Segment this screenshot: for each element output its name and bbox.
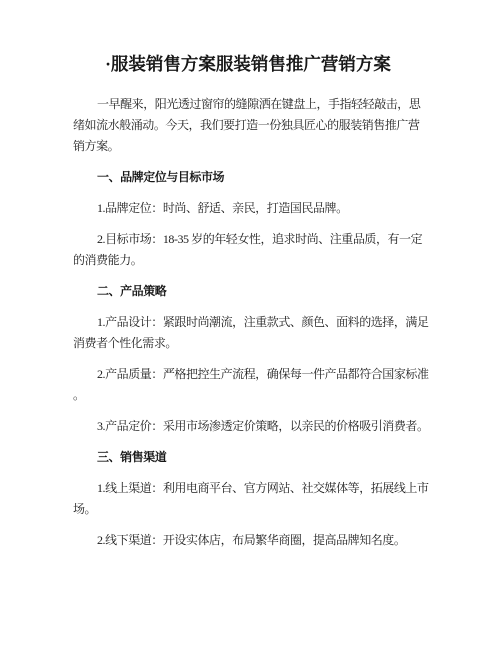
paragraph-offline-channel: 2.线下渠道：开设实体店，布局繁华商圈，提高品牌知名度。 (73, 530, 423, 551)
paragraph-product-quality: 2.产品质量：严格把控生产流程，确保每一件产品都符合国家标准 。 (73, 364, 423, 406)
paragraph-product-pricing: 3.产品定价：采用市场渗透定价策略，以亲民的价格吸引消费者。 (73, 416, 423, 437)
document-title: ·服装销售方案服装销售推广营销方案 (73, 50, 423, 78)
paragraph-product-design: 1.产品设计：紧跟时尚潮流，注重款式、颜色、面料的选择，满足 消费者个性化需求。 (73, 312, 423, 354)
intro-paragraph: 一早醒来，阳光透过窗帘的缝隙洒在键盘上，手指轻轻敲击，思 绪如流水般涌动。今天，… (73, 94, 423, 157)
section-heading-product-strategy: 二、产品策略 (73, 281, 423, 302)
paragraph-brand-positioning: 1.品牌定位：时尚、舒适、亲民，打造国民品牌。 (73, 198, 423, 219)
section-heading-sales-channels: 三、销售渠道 (73, 447, 423, 468)
paragraph-online-channel: 1.线上渠道：利用电商平台、官方网站、社交媒体等，拓展线上市 场。 (73, 478, 423, 520)
paragraph-target-market: 2.目标市场：18-35 岁的年轻女性，追求时尚、注重品质，有一定 的消费能力。 (73, 229, 423, 271)
document-page: ·服装销售方案服装销售推广营销方案 一早醒来，阳光透过窗帘的缝隙洒在键盘上，手指… (0, 0, 500, 647)
section-heading-brand-positioning: 一、品牌定位与目标市场 (73, 167, 423, 188)
